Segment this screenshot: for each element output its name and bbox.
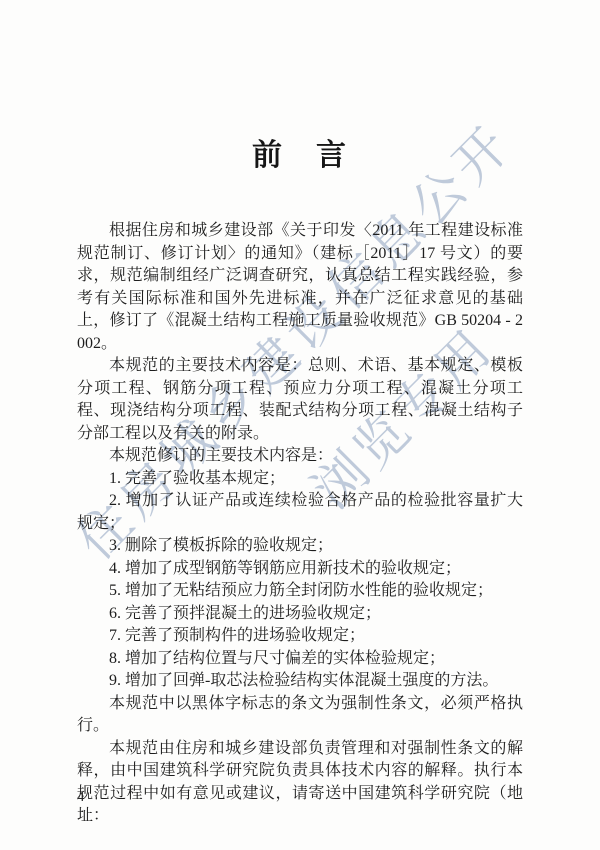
page-body: 根据住房和城乡建设部《关于印发〈2011 年工程建设标准规范制订、修订计划〉的通… xyxy=(77,220,523,828)
page-title: 前 言 xyxy=(77,136,523,176)
paragraph: 本规范修订的主要技术内容是： xyxy=(77,445,523,468)
list-item: 2. 增加了认证产品或连续检验合格产品的检验批容量扩大规定； xyxy=(77,490,523,535)
list-item: 4. 增加了成型钢筋等钢筋应用新技术的验收规定； xyxy=(77,558,523,581)
paragraph: 根据住房和城乡建设部《关于印发〈2011 年工程建设标准规范制订、修订计划〉的通… xyxy=(77,220,523,355)
list-item: 1. 完善了验收基本规定； xyxy=(77,468,523,491)
paragraph: 本规范中以黑体字标志的条文为强制性条文，必须严格执行。 xyxy=(77,693,523,738)
list-item: 3. 删除了模板拆除的验收规定； xyxy=(77,535,523,558)
list-item: 8. 增加了结构位置与尺寸偏差的实体检验规定； xyxy=(77,648,523,671)
paragraph: 本规范由住房和城乡建设部负责管理和对强制性条文的解释，由中国建筑科学研究院负责具… xyxy=(77,738,523,828)
document-page: 住房城乡建设信息公开 浏览专用 前 言 根据住房和城乡建设部《关于印发〈2011… xyxy=(0,0,600,850)
text-layer: 前 言 根据住房和城乡建设部《关于印发〈2011 年工程建设标准规范制订、修订计… xyxy=(0,136,600,828)
page-number: 4 xyxy=(77,789,85,806)
list-item: 5. 增加了无粘结预应力筋全封闭防水性能的验收规定； xyxy=(77,580,523,603)
list-item: 9. 增加了回弹-取芯法检验结构实体混凝土强度的方法。 xyxy=(77,670,523,693)
list-item: 6. 完善了预拌混凝土的进场验收规定； xyxy=(77,603,523,626)
paragraph: 本规范的主要技术内容是：总则、术语、基本规定、模板分项工程、钢筋分项工程、预应力… xyxy=(77,355,523,445)
list-item: 7. 完善了预制构件的进场验收规定； xyxy=(77,625,523,648)
